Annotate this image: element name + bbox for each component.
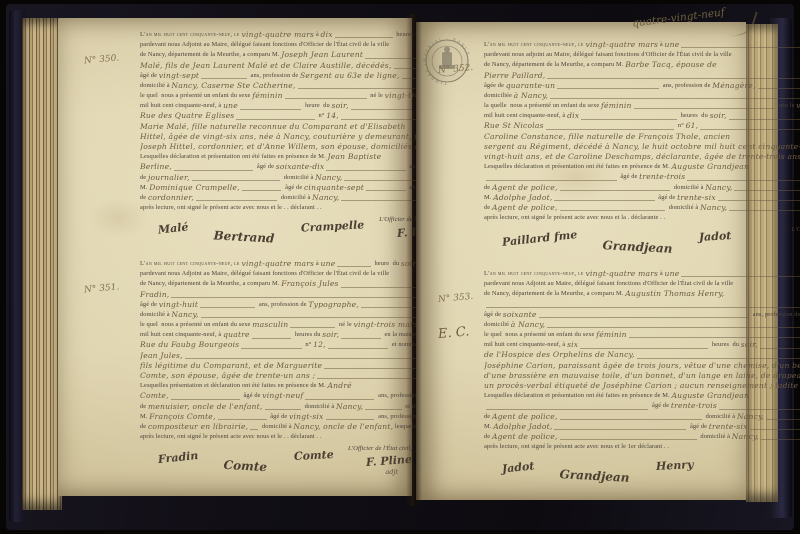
printed-text: de Nancy, département de la Meurthe, a c… bbox=[484, 289, 625, 299]
act-line: Fradin, bbox=[140, 290, 418, 300]
act-line: Marie Malé, fille naturelle reconnue du … bbox=[140, 122, 449, 132]
act-text-block: L'an mil huit cent cinquante-neuf, le vi… bbox=[140, 259, 422, 488]
printed-text: de bbox=[140, 422, 148, 432]
fill-rule bbox=[337, 259, 370, 267]
act-margin-column: N° 353.E. C. bbox=[438, 269, 484, 498]
act-line: de Agent de police, domicilié à Nancy, l… bbox=[484, 432, 800, 442]
fill-rule bbox=[265, 402, 301, 410]
act-line: M. Adolphe Jadot, âgé de trente-six ans,… bbox=[484, 422, 800, 432]
act-line: Lesquelles déclaration et présentation o… bbox=[484, 391, 800, 401]
printed-text: de Nancy, département de la Meurthe, a c… bbox=[484, 60, 625, 70]
act-line: L'an mil huit cent cinquante-neuf, le vi… bbox=[140, 259, 418, 269]
act-line: M. Dominique Crampelle, âgé de cinquante… bbox=[140, 183, 449, 193]
fill-rule bbox=[637, 351, 800, 359]
printed-text: le quel nous a présenté un enfant du sex… bbox=[140, 320, 252, 330]
signature: Henry bbox=[656, 458, 694, 474]
fill-rule bbox=[554, 422, 686, 430]
signature: Jadot bbox=[699, 230, 732, 246]
handwritten-text: Nancy, bbox=[700, 203, 727, 213]
fill-rule bbox=[185, 351, 416, 359]
act-line: Caroline Constance, fille naturelle de F… bbox=[484, 132, 800, 142]
signature-area: FradinComteComteL'Officier de l'État civ… bbox=[140, 445, 418, 487]
act-line: pardevant nous Adjoint au Maire, délégué… bbox=[484, 279, 800, 289]
printed-text: ans, profession de bbox=[751, 310, 800, 320]
handwritten-text: une bbox=[321, 259, 336, 269]
act-line: Pierre Paillard, bbox=[484, 71, 800, 81]
act-line: de menuisier, oncle de l'enfant, domicil… bbox=[140, 402, 418, 412]
fill-rule bbox=[290, 320, 335, 328]
printed-text: Lesquelles présentation et déclaration o… bbox=[140, 381, 327, 391]
fill-rule bbox=[750, 422, 800, 430]
officer-signature: F. Pline bbox=[348, 453, 413, 470]
printed-text: domicilié à bbox=[303, 402, 336, 412]
handwritten-text: 12, bbox=[313, 341, 326, 351]
record-number-note: N° 353. bbox=[438, 291, 485, 305]
act-line: de Agent de police, domicilié à Nancy, e… bbox=[484, 412, 800, 422]
printed-text: M. bbox=[140, 412, 149, 422]
handwritten-text: trente-six bbox=[709, 422, 748, 432]
printed-text: domicilié à bbox=[140, 310, 171, 320]
handwritten-text: six bbox=[567, 340, 578, 350]
act-line: pardevant nous Adjoint au Maire, délégué… bbox=[140, 269, 418, 279]
act-line: L'an mil huit cent cinquante-neuf, le vi… bbox=[140, 30, 449, 40]
printed-text: Lesquelles déclaration et présentation o… bbox=[484, 391, 671, 401]
handwritten-text: Comte, son épouse, âgée de trente-un ans… bbox=[140, 371, 315, 381]
act-line: pardevant nous adjoint au Maire, délégué… bbox=[484, 50, 800, 60]
signature: Crampelle bbox=[301, 219, 365, 236]
handwritten-text: Malé, fils de Jean Laurent Malé et de Cl… bbox=[140, 61, 392, 71]
handwritten-text: Barbe Tacq, épouse de bbox=[625, 60, 717, 70]
act-line: le quel nous a présenté un enfant du sex… bbox=[140, 91, 449, 101]
handwritten-text: vingt-deux mars bbox=[796, 101, 800, 111]
signatures-row: Paillard fmeGrandjeanJadot bbox=[502, 232, 732, 246]
act-record: N° 353.E. C.L'an mil huit cent cinquante… bbox=[438, 269, 740, 498]
act-line: Joséphine Carion, paraissant âgée de tro… bbox=[484, 361, 800, 371]
fill-rule bbox=[174, 163, 253, 171]
handwritten-text: Adolphe Jadot, bbox=[493, 422, 552, 432]
record-number-note: E. C. bbox=[437, 323, 484, 342]
act-line: M. Adolphe Jadot, âgé de trente-six ans,… bbox=[484, 193, 800, 203]
handwritten-text: Joseph Jean Laurent bbox=[281, 50, 363, 60]
printed-text: âgé de bbox=[140, 71, 159, 81]
printed-text: domicilié à bbox=[279, 193, 312, 203]
handwritten-text: Nancy, oncle de l'enfant, bbox=[293, 422, 393, 432]
fill-rule bbox=[192, 173, 280, 181]
handwritten-text: Fradin, bbox=[140, 290, 169, 300]
fill-rule bbox=[554, 193, 654, 201]
page-right: TIMBRE IMPERIAL · NANCY · N° 352.L'an mi… bbox=[416, 22, 746, 500]
fill-rule bbox=[285, 91, 367, 99]
act-line: Berline, âgé de soixante-dix ans, profes… bbox=[140, 162, 449, 172]
printed-text: née le bbox=[777, 101, 796, 111]
handwritten-text: François Jules bbox=[281, 279, 338, 289]
printed-text: de bbox=[484, 183, 492, 193]
handwritten-text: vingt-sept bbox=[159, 71, 199, 81]
printed-text: M. bbox=[484, 422, 493, 432]
fill-rule bbox=[760, 341, 800, 349]
printed-text: âgé de bbox=[657, 193, 678, 203]
officer-title: L'Officier de l'État civil, bbox=[348, 445, 412, 452]
fill-rule bbox=[252, 331, 292, 339]
signature: Comte bbox=[293, 448, 333, 464]
fill-rule bbox=[242, 183, 282, 191]
handwritten-text: Caroline Constance, fille naturelle de F… bbox=[484, 132, 730, 142]
handwritten-text: à Nancy, bbox=[514, 91, 549, 101]
printed-text: n° bbox=[676, 122, 685, 132]
acts-right: N° 352.L'an mil huit cent cinquante-neuf… bbox=[438, 40, 740, 498]
printed-text: le quel nous a présenté un enfant du sex… bbox=[140, 91, 252, 101]
printed-text: mil huit cent cinquante-neuf, à bbox=[484, 340, 567, 350]
printed-text: de bbox=[140, 193, 148, 203]
fill-rule bbox=[547, 71, 800, 79]
fill-rule bbox=[486, 300, 800, 308]
handwritten-text: Agent de police, bbox=[492, 432, 558, 442]
printed-text: domiciliée bbox=[484, 91, 514, 101]
fill-rule bbox=[700, 122, 800, 130]
handwritten-text: trente-six bbox=[677, 193, 716, 203]
fill-rule bbox=[766, 412, 800, 420]
printed-text: ans, profession de bbox=[257, 300, 308, 310]
handwritten-text: Nancy, bbox=[315, 173, 342, 183]
printed-text: heures du bbox=[679, 111, 710, 121]
handwritten-text: vingt-quatre mars bbox=[242, 30, 315, 40]
act-line: domicilié à Nancy, bbox=[140, 310, 418, 320]
printed-text: domicilié à bbox=[140, 81, 171, 91]
signature: Malé bbox=[157, 221, 189, 238]
act-line: L'an mil huit cent cinquante-neuf, le vi… bbox=[484, 269, 800, 279]
act-line: M. François Comte, âgé de vingt-six ans,… bbox=[140, 412, 418, 422]
act-line: de Nancy, département de la Meurthe, a c… bbox=[484, 289, 800, 299]
handwritten-text: soir, bbox=[331, 101, 348, 111]
act-line: d'une brassière en mauvaise toile, d'un … bbox=[484, 371, 800, 381]
handwritten-text: Jean Jules, bbox=[140, 351, 183, 361]
fill-rule bbox=[719, 402, 800, 410]
act-line: Malé, fils de Jean Laurent Malé et de Cl… bbox=[140, 61, 449, 71]
act-line: âgé de trente-trois ans, profession bbox=[484, 172, 800, 182]
act-line: vingt-huit ans, et de Caroline Deschamps… bbox=[484, 152, 800, 162]
signature: Grandjean bbox=[603, 239, 674, 257]
handwritten-text: soixante bbox=[503, 310, 537, 320]
handwritten-text: vingt-six bbox=[289, 412, 324, 422]
handwritten-text: Rue des Quatre Églises bbox=[140, 112, 234, 122]
printed-text: L'an mil huit cent cinquante-neuf, le bbox=[484, 269, 586, 279]
printed-text: Lesquelles déclaration et présentation o… bbox=[484, 162, 671, 172]
fill-rule bbox=[326, 163, 405, 171]
register-book: N° 350.L'an mil huit cent cinquante-neuf… bbox=[6, 4, 794, 530]
act-line: âgé de soixante ans, profession de Commi… bbox=[484, 310, 800, 320]
handwritten-text: Joséphine Carion, paraissant âgée de tro… bbox=[484, 361, 800, 371]
act-line: de l'Hospice des Orphelins de Nancy, et … bbox=[484, 351, 800, 361]
handwritten-text: Marie Malé, fille naturelle reconnue du … bbox=[140, 122, 406, 132]
act-line: L'an mil huit cent cinquante-neuf, le vi… bbox=[484, 40, 800, 50]
handwritten-text: André bbox=[327, 381, 351, 391]
signature: Grandjean bbox=[560, 468, 631, 486]
handwritten-text: un procès-verbal étiqueté de Joséphine C… bbox=[484, 381, 800, 391]
printed-text: L'an mil huit cent cinquante-neuf, le bbox=[140, 259, 242, 269]
signature: Fradin bbox=[157, 449, 199, 467]
handwritten-text: dix bbox=[567, 111, 579, 121]
handwritten-text: Berline, bbox=[140, 162, 172, 172]
fill-rule bbox=[557, 81, 659, 89]
handwritten-text: Auguste Grandjean bbox=[671, 391, 749, 401]
fill-rule bbox=[758, 81, 800, 89]
act-line: après lecture, ont signé le présent acte… bbox=[484, 213, 800, 223]
printed-text: domicilié bbox=[484, 320, 511, 330]
fill-rule bbox=[341, 331, 381, 339]
printed-text: de bbox=[484, 203, 492, 213]
act-line: fils légitime du Comparant, et de Margue… bbox=[140, 361, 418, 371]
fill-rule bbox=[335, 30, 393, 38]
officer-block: L'Officier de l'État civil,F. Plineadjt bbox=[792, 226, 800, 257]
act-line: de cordonnier, domicilié à Nancy, lesque… bbox=[140, 193, 449, 203]
printed-text: M. bbox=[484, 193, 493, 203]
handwritten-text: Dominique Crampelle, bbox=[149, 183, 240, 193]
printed-text: après lecture, ont signé le présent acte… bbox=[140, 432, 322, 442]
act-line: Comte, âgé de vingt-neuf ans, profession bbox=[140, 391, 418, 401]
fill-rule bbox=[486, 173, 617, 181]
fill-rule bbox=[351, 102, 412, 110]
printed-text: pardevant nous Adjoint au Maire, délégué… bbox=[140, 40, 389, 50]
act-line: de Agent de police, domicilié à Nancy, e… bbox=[484, 183, 800, 193]
printed-text: de bbox=[140, 402, 148, 412]
printed-text: âgé de bbox=[688, 422, 709, 432]
printed-text: n° bbox=[317, 112, 326, 122]
printed-text: domicilié à bbox=[672, 183, 705, 193]
act-line: le quel nous a présenté un enfant du sex… bbox=[484, 330, 800, 340]
handwritten-text: trente-trois bbox=[671, 401, 717, 411]
act-line: Jean Jules, bbox=[140, 351, 418, 361]
handwritten-text: Agent de police, bbox=[492, 183, 558, 193]
handwritten-text: François Comte, bbox=[149, 412, 215, 422]
printed-text: Lesquelles déclaration et présentation o… bbox=[140, 152, 327, 162]
act-line: sergent au Régiment, décédé à Nancy, le … bbox=[484, 142, 800, 152]
act-line: domiciliée à Nancy, bbox=[484, 91, 800, 101]
printed-text: après lecture, ont signé le présent acte… bbox=[484, 213, 665, 223]
handwritten-text: soixante-dix bbox=[276, 162, 325, 172]
printed-text: L'an mil huit cent cinquante-neuf, le bbox=[484, 40, 586, 50]
handwritten-text: Agent de police, bbox=[492, 203, 558, 213]
handwritten-text: masculin bbox=[252, 320, 288, 330]
fill-rule bbox=[581, 112, 677, 120]
handwritten-text: une bbox=[665, 269, 680, 279]
fill-rule bbox=[547, 320, 800, 328]
printed-text: âgé de bbox=[650, 401, 671, 411]
handwritten-text: dix bbox=[321, 30, 333, 40]
printed-text: mil huit cent cinquante-neuf, à bbox=[140, 101, 223, 111]
fill-rule bbox=[729, 203, 800, 211]
handwritten-text: à Nancy, bbox=[511, 320, 546, 330]
fill-rule bbox=[365, 402, 401, 410]
handwritten-text: Nancy, Caserne Ste Catherine, bbox=[171, 81, 295, 91]
act-line: après lecture, ont signé le présent acte… bbox=[484, 442, 800, 452]
printed-text: âgée de bbox=[484, 81, 506, 91]
handwritten-text: vingt-huit ans, et de Caroline Deschamps… bbox=[484, 152, 800, 162]
handwritten-text: vingt-quatre mars bbox=[242, 259, 315, 269]
act-line: âgé de vingt-sept ans, profession de Ser… bbox=[140, 71, 449, 81]
scan-background: N° 350.L'an mil huit cent cinquante-neuf… bbox=[0, 0, 800, 534]
fill-rule bbox=[317, 371, 416, 379]
act-line: après lecture, ont signé le présent acte… bbox=[140, 203, 449, 213]
fill-rule bbox=[305, 392, 374, 400]
handwritten-text: d'une brassière en mauvaise toile, d'un … bbox=[484, 371, 800, 381]
printed-text: pardevant nous Adjoint au Maire, délégué… bbox=[140, 269, 389, 279]
printed-text: de Nancy, département de la Meurthe, a c… bbox=[140, 279, 281, 289]
act-line: âgée de quarante-un ans, profession de M… bbox=[484, 81, 800, 91]
handwritten-text: cordonnier, bbox=[148, 193, 194, 203]
printed-text: de bbox=[484, 412, 492, 422]
fill-rule bbox=[324, 361, 416, 369]
printed-text: domicilié à bbox=[704, 412, 737, 422]
handwritten-text: quarante-un bbox=[506, 81, 555, 91]
fill-rule bbox=[328, 341, 388, 349]
printed-text: domicilié à bbox=[260, 422, 293, 432]
fill-rule bbox=[550, 91, 800, 99]
signature-area: Paillard fmeGrandjeanJadotL'Officier de … bbox=[484, 226, 800, 268]
printed-text: né le bbox=[337, 320, 353, 330]
fill-rule bbox=[681, 40, 800, 48]
handwritten-text: journalier, bbox=[148, 173, 190, 183]
printed-text: la quelle nous a présenté un enfant du s… bbox=[484, 101, 601, 111]
handwritten-text: 61, bbox=[686, 122, 699, 132]
act-line bbox=[484, 300, 800, 310]
printed-text: âgé de bbox=[255, 162, 276, 172]
act-line: la quelle nous a présenté un enfant du s… bbox=[484, 101, 800, 111]
fill-rule bbox=[734, 183, 800, 191]
fill-rule bbox=[560, 432, 697, 440]
act-line: de Nancy, département de la Meurthe, a c… bbox=[140, 279, 418, 289]
printed-text: pardevant nous Adjoint au Maire, délégué… bbox=[484, 279, 733, 289]
page-edges-left bbox=[22, 18, 62, 510]
handwritten-text: Ménagère, bbox=[712, 81, 755, 91]
signature: Comte bbox=[224, 458, 268, 474]
handwritten-text: quatre bbox=[223, 330, 250, 340]
fill-rule bbox=[241, 341, 301, 349]
record-number-note: N° 350. bbox=[84, 52, 141, 67]
act-line: domicilié à Nancy, Caserne Ste Catherine… bbox=[140, 81, 449, 91]
handwritten-text: une bbox=[223, 101, 238, 111]
printed-text: M. bbox=[140, 183, 149, 193]
printed-text: de Nancy, département de la Meurthe, a c… bbox=[140, 50, 281, 60]
act-line: mil huit cent cinquante-neuf, à six heur… bbox=[484, 340, 800, 350]
handwritten-text: de l'Hospice des Orphelins de Nancy, bbox=[484, 351, 635, 361]
handwritten-text: sergent au Régiment, décédé à Nancy, le … bbox=[484, 142, 800, 152]
act-line: Comte, son épouse, âgée de trente-un ans… bbox=[140, 371, 418, 381]
printed-text: né le bbox=[369, 91, 385, 101]
printed-text: ans, profession de bbox=[661, 81, 712, 91]
officer-block: L'Officier de l'État civil,F. Plineadjt bbox=[348, 445, 412, 476]
record-number-note: N° 351. bbox=[84, 281, 141, 296]
handwritten-text: vingt-quatre mars bbox=[586, 269, 659, 279]
act-line: de Nancy, département de la Meurthe, a c… bbox=[484, 60, 800, 70]
act-line: de Agent de police, domicilié à Nancy, l… bbox=[484, 203, 800, 213]
printed-text: âgé de bbox=[242, 391, 263, 401]
handwritten-text: Augustin Thomas Henry, bbox=[625, 289, 724, 299]
printed-text: après lecture, ont signé le présent acte… bbox=[484, 442, 669, 452]
printed-text: âgé de bbox=[269, 412, 290, 422]
fill-rule bbox=[486, 402, 648, 410]
act-record: N° 352.L'an mil huit cent cinquante-neuf… bbox=[438, 40, 740, 269]
fill-rule bbox=[761, 432, 800, 440]
signature: Paillard fme bbox=[501, 228, 578, 250]
printed-text: âgé de bbox=[484, 310, 503, 320]
act-line: Lesquelles présentation et déclaration o… bbox=[140, 381, 418, 391]
signatures-row: MaléBertrandCrampelle bbox=[158, 222, 365, 236]
fill-rule bbox=[580, 341, 708, 349]
fill-rule bbox=[560, 203, 665, 211]
act-line: mil huit cent cinquante-neuf, à quatre h… bbox=[140, 330, 418, 340]
signatures-row: FradinComteComte bbox=[158, 451, 334, 465]
signatures-row: JadotGrandjeanHenry bbox=[502, 461, 694, 475]
printed-text: heures du bbox=[710, 340, 741, 350]
signature: Bertrand bbox=[214, 229, 276, 246]
handwritten-text: vingt-neuf bbox=[262, 391, 303, 401]
fill-rule bbox=[201, 310, 416, 318]
handwritten-text: soir, bbox=[741, 340, 758, 350]
printed-text: heure du bbox=[303, 101, 331, 111]
handwritten-text: cinquante-sept bbox=[304, 183, 364, 193]
handwritten-text: Comte, bbox=[140, 391, 169, 401]
printed-text: L'an mil huit cent cinquante-neuf, le bbox=[140, 30, 242, 40]
act-line: Lesquelles déclaration et présentation o… bbox=[140, 152, 449, 162]
act-text-block: L'an mil huit cent cinquante-neuf, le vi… bbox=[484, 40, 800, 269]
handwritten-text: Agent de police, bbox=[492, 412, 558, 422]
handwritten-text: féminin bbox=[252, 91, 283, 101]
act-line: domicilié à Nancy, bbox=[484, 320, 800, 330]
fill-rule bbox=[201, 71, 247, 79]
fill-rule bbox=[634, 101, 776, 109]
printed-text: âgé de bbox=[283, 183, 304, 193]
handwritten-text: féminin bbox=[596, 330, 627, 340]
act-line: Rue des Quatre Églises n° 14, et nommé bbox=[140, 112, 449, 122]
handwritten-text: Auguste Grandjean bbox=[671, 162, 749, 172]
printed-text: mil huit cent cinquante-neuf, à bbox=[140, 330, 223, 340]
fill-rule bbox=[560, 412, 702, 420]
act-line: Rue du Faubg Bourgeois n° 12, et nommé bbox=[140, 341, 418, 351]
act-line: Rue St Nicolas n° 61, et nommée bbox=[484, 122, 800, 132]
printed-text: le quel nous a présenté un enfant du sex… bbox=[484, 330, 596, 340]
handwritten-text: trente-trois bbox=[639, 172, 685, 182]
act-margin-column: N° 350. bbox=[84, 30, 140, 259]
handwritten-text: Nancy, bbox=[737, 412, 764, 422]
printed-text: âgé de bbox=[140, 300, 159, 310]
printed-text: domicilié à bbox=[282, 173, 315, 183]
handwritten-text: Hittel, âgée de vingt-six ans, née à Nan… bbox=[140, 132, 442, 142]
fill-rule bbox=[341, 280, 416, 288]
fill-rule bbox=[718, 193, 800, 201]
act-line: âgé de trente-trois ans, profession bbox=[484, 401, 800, 411]
officer-title: L'Officier de l'État civil, bbox=[792, 226, 800, 233]
act-line: de Nancy, département de la Meurthe, a c… bbox=[140, 50, 449, 60]
act-line: pardevant nous Adjoint au Maire, délégué… bbox=[140, 40, 449, 50]
fill-rule bbox=[196, 193, 277, 201]
signature: Jadot bbox=[501, 460, 535, 477]
printed-text: pardevant nous adjoint au Maire, délégué… bbox=[484, 50, 732, 60]
handwritten-text: Adolphe Jadot, bbox=[493, 193, 552, 203]
fill-rule bbox=[250, 422, 258, 430]
act-line: de compositeur en librairie, domicilié à… bbox=[140, 422, 418, 432]
handwritten-text: Sergent au 63e de ligne, bbox=[300, 71, 400, 81]
handwritten-text: menuisier, oncle de l'enfant, bbox=[148, 402, 263, 412]
act-text-block: L'an mil huit cent cinquante-neuf, le vi… bbox=[484, 269, 800, 498]
handwritten-text: Pierre Paillard, bbox=[484, 71, 545, 81]
fill-rule bbox=[546, 122, 674, 130]
handwritten-text: Typographe, bbox=[308, 300, 359, 310]
printed-text: heure du bbox=[373, 259, 401, 269]
printed-text: âgé de bbox=[619, 172, 640, 182]
printed-text: de bbox=[140, 173, 148, 183]
handwritten-text: Nancy, bbox=[732, 432, 759, 442]
printed-text: ans, profession de bbox=[249, 71, 300, 81]
